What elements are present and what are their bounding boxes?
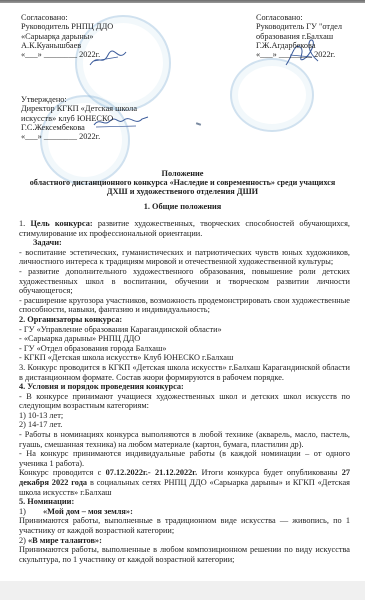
- organizer-item: - «Сарыарка дарыны» РНПЦ ДДО: [19, 334, 350, 344]
- organizer-item: - ГУ «Управление образования Карагандинс…: [19, 325, 350, 335]
- nomination-title: 1)«Мой дом – моя земля»:: [19, 507, 350, 517]
- task-item: - воспитание эстетических, гуманистическ…: [19, 248, 350, 267]
- contest-dates: 07.12.2022г.- 21.12.2022г.: [106, 468, 198, 477]
- technique-paragraph: - Работы в номинациях конкурса выполняют…: [19, 430, 350, 449]
- conditions-heading: 4. Условия и порядок проведения конкурса…: [19, 382, 350, 392]
- individual-paragraph: - На конкурс принимаются индивидуальные …: [19, 449, 350, 468]
- document-page: Согласовано: Руководитель РНПЦ ДДО «Сары…: [0, 3, 365, 581]
- document-subtitle-2: ДХШ и художественого отделения ДШИ: [0, 187, 365, 196]
- approval-left: Согласовано: Руководитель РНПЦ ДДО «Сары…: [21, 13, 113, 59]
- age-category: 2) 14-17 лет.: [19, 420, 350, 430]
- approval-date: «___» ________ 2022г.: [21, 132, 137, 141]
- section-heading-general: 1. Общие положения: [0, 202, 365, 211]
- goal-label: Цель конкурса:: [30, 219, 92, 228]
- approval-position: Директор КГКП «Детская школа: [21, 104, 137, 113]
- stray-mark: [196, 122, 201, 126]
- task-item: - расширение кругозора участников, возмо…: [19, 296, 350, 315]
- official-stamp-right: [230, 58, 314, 132]
- goal-paragraph: 1. Цель конкурса: развитие художественны…: [19, 219, 350, 238]
- organizer-item: - ГУ «Отдел образования города Балхаш»: [19, 344, 350, 354]
- approval-name: Г.Ж.Агдарбекова: [256, 41, 342, 50]
- approval-label: Утверждено:: [21, 95, 137, 104]
- approval-label: Согласовано:: [21, 13, 113, 22]
- nominations-heading: 5. Номинации:: [19, 497, 350, 507]
- approval-date: «___» ________ 2022г.: [21, 50, 113, 59]
- organizer-item: - КГКП «Детская школа искусств» Клуб ЮНЕ…: [19, 353, 350, 363]
- approval-position: Руководитель ГУ "отдел: [256, 22, 342, 31]
- nomination-title: 2) «В мире талантов»:: [19, 536, 350, 546]
- document-title: Положение: [0, 169, 365, 178]
- dates-paragraph: Конкурс проводится с 07.12.2022г.- 21.12…: [19, 468, 350, 497]
- approval-right: Согласовано: Руководитель ГУ "отдел обра…: [256, 13, 342, 59]
- approval-label: Согласовано:: [256, 13, 342, 22]
- task-item: - развитие дополнительного художественно…: [19, 267, 350, 296]
- approval-date: «___» ________ 2022г.: [256, 50, 342, 59]
- approval-org: образования г.Балхаш: [256, 32, 342, 41]
- approval-org: искусств» клуб ЮНЕСКО: [21, 114, 137, 123]
- nomination-text: Принимаются работы, выполненные в любом …: [19, 545, 350, 564]
- approval-name: Г.С.Жексембекова: [21, 123, 137, 132]
- venue-paragraph: 3. Конкурс проводится в КГКП «Детская шк…: [19, 363, 350, 382]
- organizers-heading: 2. Организаторы конкурса:: [19, 315, 350, 325]
- viewer-bottom-area: [0, 581, 365, 600]
- approval-approved: Утверждено: Директор КГКП «Детская школа…: [21, 95, 137, 141]
- tasks-label: Задачи:: [19, 238, 350, 248]
- age-category: 1) 10-13 лет;: [19, 411, 350, 421]
- approval-name: А.К.Куанышбаев: [21, 41, 113, 50]
- approval-position: Руководитель РНПЦ ДДО: [21, 22, 113, 31]
- nomination-text: Принимаются работы, выполненные в традиц…: [19, 516, 350, 535]
- approval-org: «Сарыарқа дарыны»: [21, 32, 113, 41]
- document-subtitle-1: областного дистанционного конкурса «Насл…: [0, 178, 365, 187]
- conditions-intro: - В конкурсе принимают учащиеся художест…: [19, 392, 350, 411]
- document-body: 1. Цель конкурса: развитие художественны…: [19, 219, 350, 564]
